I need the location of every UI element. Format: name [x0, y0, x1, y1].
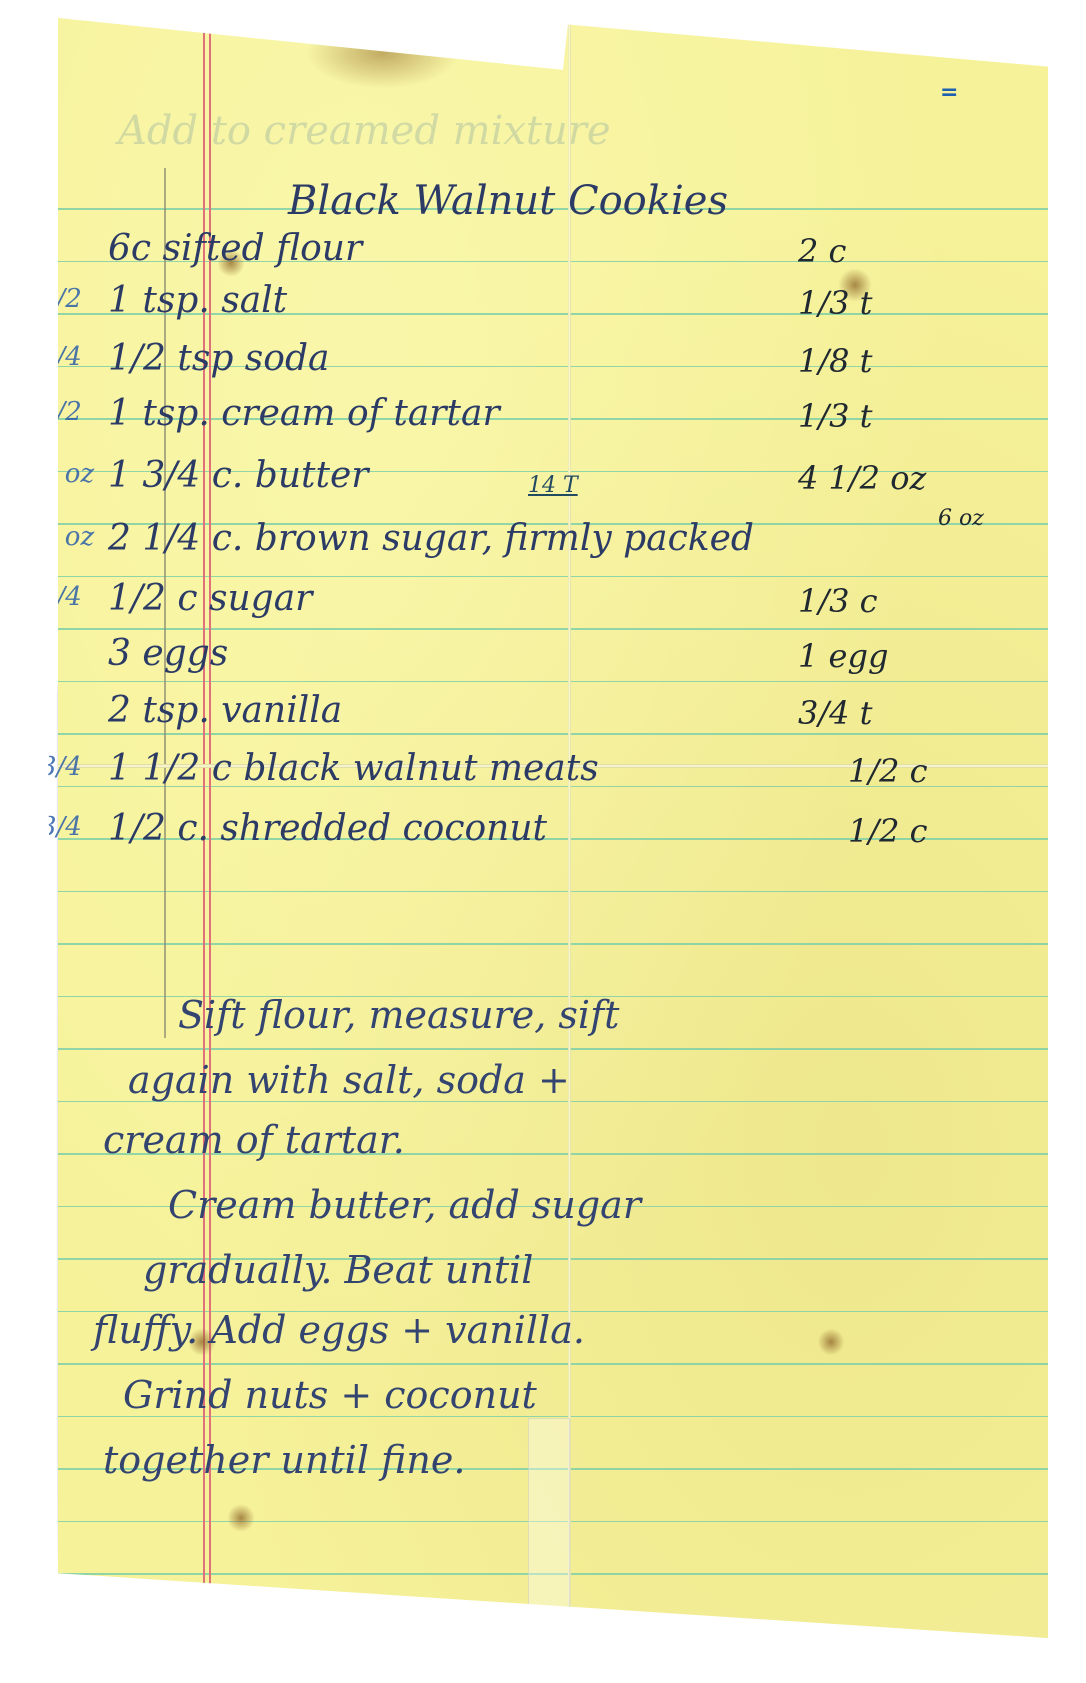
stain-spot: [228, 1503, 254, 1533]
scaled-amount: 1 egg: [798, 637, 888, 675]
ingredient-text: 3 eggs: [108, 633, 228, 674]
ruled-line: [58, 1363, 1048, 1365]
fold-crease-vertical: [568, 18, 571, 1638]
ingredient-text: 1 tsp. salt: [108, 280, 287, 321]
instruction-line: fluffy. Add eggs + vanilla.: [93, 1308, 585, 1352]
margin-halved-amount: 3/4: [40, 752, 82, 782]
scaled-amount: 2 c: [798, 232, 846, 270]
margin-halved-amount: 1/2: [40, 397, 82, 427]
ingredient-text: 1/2 c. shredded coconut: [108, 808, 547, 849]
scaled-amount: 6 oz: [938, 506, 984, 531]
recipe-paper: = Add to creamed mixture Black Walnut Co…: [58, 18, 1048, 1638]
ruled-line: [58, 733, 1048, 735]
instruction-line: Sift flour, measure, sift: [178, 993, 619, 1037]
margin-halved-amount: 1: [40, 694, 57, 724]
ingredient-text: 1 3/4 c. butter: [108, 455, 368, 496]
stain-spot: [818, 1328, 844, 1356]
scaled-amount: 1/3 t: [798, 397, 873, 435]
margin-halved-amount: 1/4: [40, 582, 82, 612]
margin-halved-amount: 7 oz: [40, 459, 94, 489]
ruled-line: [58, 681, 1048, 683]
margin-halved-amount: 9 oz: [40, 522, 94, 552]
ruled-line: [58, 943, 1048, 945]
margin-halved-amount: 3/4: [40, 812, 82, 842]
ingredient-text: 1 1/2 c black walnut meats: [108, 748, 599, 789]
scaled-amount: 4 1/2 oz: [798, 459, 926, 497]
scaled-amount: 1/3 c: [798, 582, 878, 620]
ruled-line: [58, 628, 1048, 630]
instruction-line: Cream butter, add sugar: [168, 1183, 641, 1227]
coffee-stain: [308, 18, 458, 88]
butter-tbsp-note: 14 T: [528, 473, 578, 498]
margin-halved-amount: 2: [40, 637, 57, 667]
tape-strip: [528, 1418, 570, 1660]
scaled-amount: 1/3 t: [798, 284, 873, 322]
ingredient-text: 2 1/4 c. brown sugar, firmly packed: [108, 518, 754, 559]
scaled-amount: 1/8 t: [798, 342, 873, 380]
ingredient-text: 6c sifted flour: [108, 228, 362, 269]
ruled-line: [58, 1048, 1048, 1050]
corner-pen-mark: =: [940, 80, 958, 105]
instruction-line: gradually. Beat until: [143, 1248, 533, 1292]
margin-halved-amount: 1/2: [40, 284, 82, 314]
ingredient-text: 1/2 c sugar: [108, 578, 312, 619]
scaled-amount: 1/2 c: [848, 812, 928, 850]
ingredient-text: 1 tsp. cream of tartar: [108, 393, 500, 434]
ingredient-text: 2 tsp. vanilla: [108, 690, 342, 731]
instruction-line: together until fine.: [103, 1438, 465, 1482]
margin-halved-amount: 3: [40, 232, 57, 262]
instruction-line: cream of tartar.: [103, 1118, 405, 1162]
ruled-line: [58, 576, 1048, 578]
margin-halved-amount: 1/4: [40, 342, 82, 372]
bleed-through-text: Add to creamed mixture: [118, 108, 611, 154]
recipe-title: Black Walnut Cookies: [288, 178, 728, 224]
ruled-line: [58, 891, 1048, 893]
scaled-amount: 3/4 t: [798, 694, 873, 732]
instruction-line: Grind nuts + coconut: [123, 1373, 537, 1417]
ingredient-text: 1/2 tsp soda: [108, 338, 329, 379]
scaled-amount: 1/2 c: [848, 752, 928, 790]
instruction-line: again with salt, soda +: [128, 1058, 570, 1102]
